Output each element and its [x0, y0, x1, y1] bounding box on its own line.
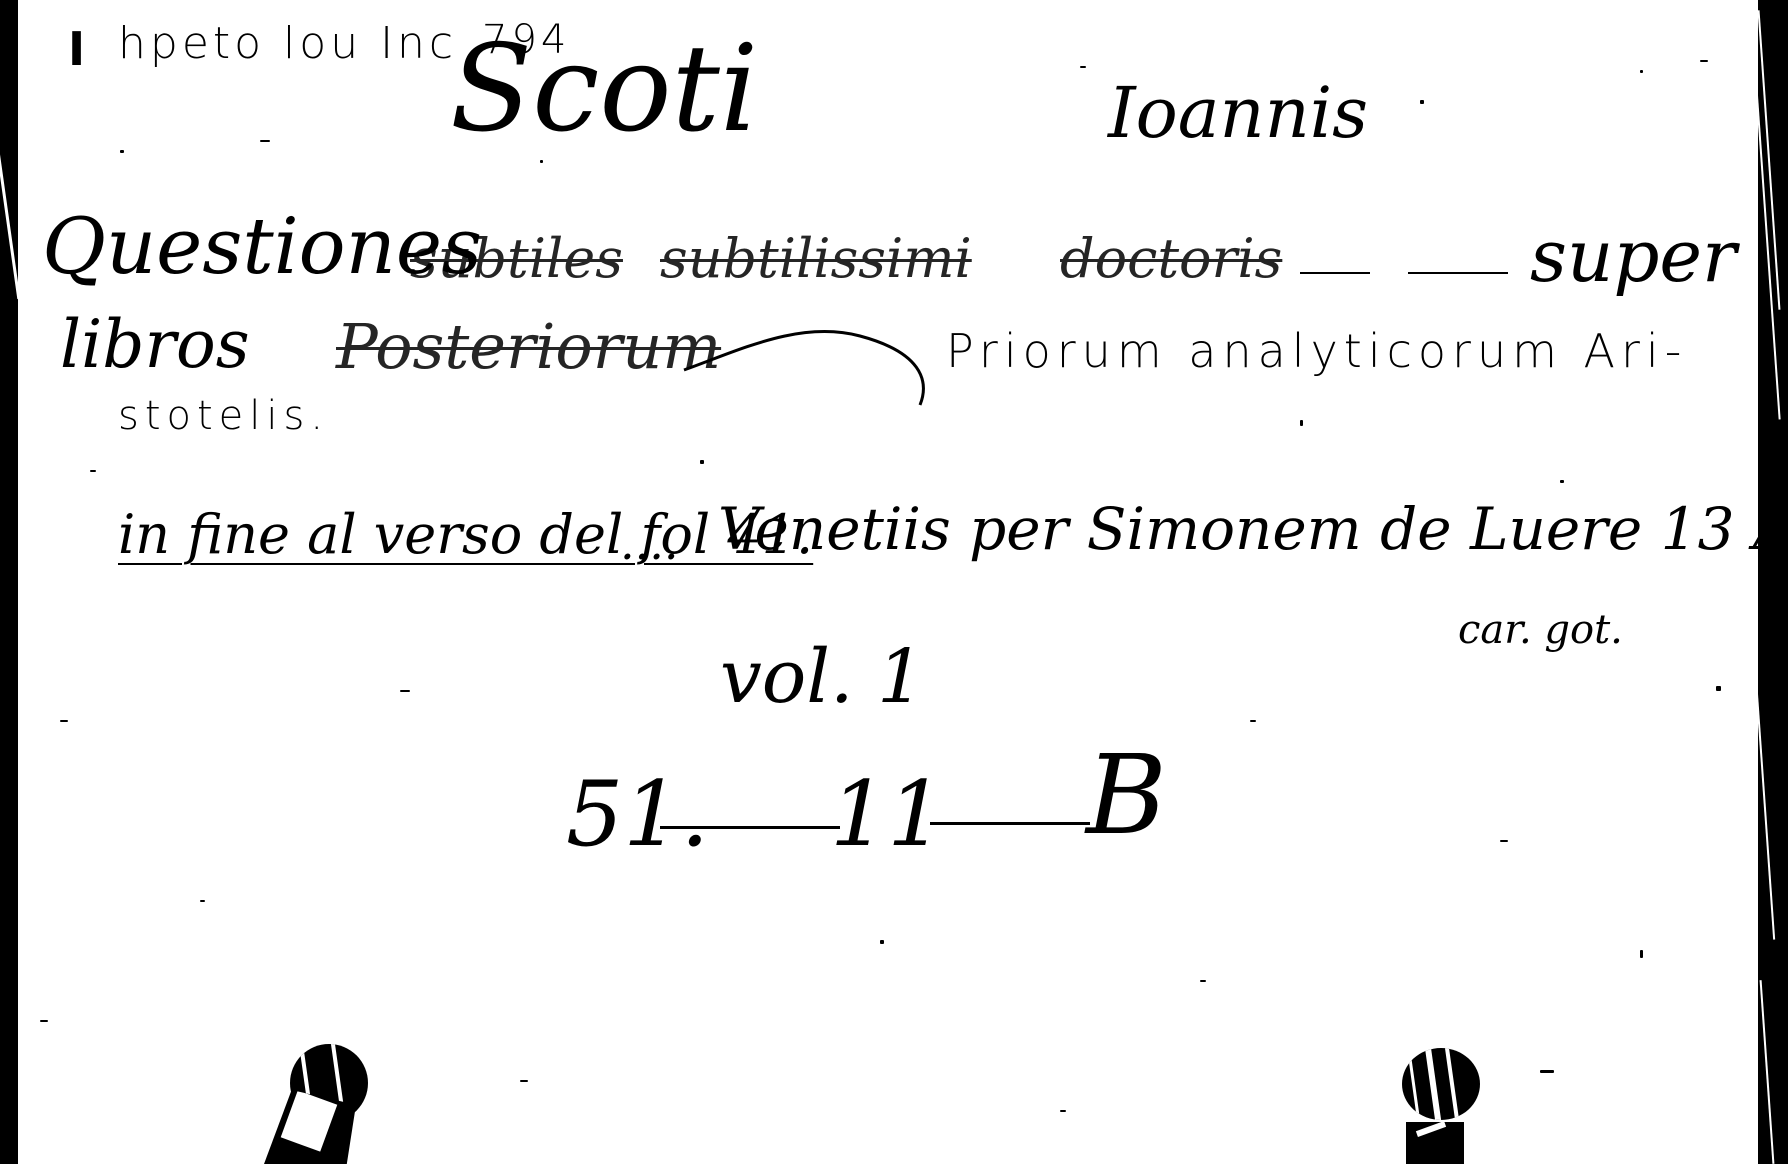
call-number-rule-1 — [660, 826, 840, 829]
title-dash-1 — [1300, 272, 1370, 274]
scan-border-left — [0, 0, 18, 1164]
publication-statement: Venetiis per Simonem de Luere 13 Aprilis… — [718, 500, 1788, 558]
scan-speck — [400, 690, 410, 692]
scan-speck — [1060, 1110, 1066, 1112]
scan-speck — [1080, 66, 1086, 68]
scan-speck — [1500, 840, 1508, 842]
scan-speck — [120, 150, 124, 153]
struck-word-posteriorum: Posteriorum — [336, 316, 721, 378]
call-number-part2: 11 — [830, 770, 945, 860]
scan-speck — [880, 940, 884, 944]
scan-speck — [90, 470, 96, 472]
header-note: hpeto lou Inc — [118, 22, 457, 66]
scan-speck — [700, 460, 704, 464]
scan-speck — [1420, 100, 1424, 104]
scan-border-right — [1758, 0, 1788, 1164]
typeface-note: car. got. — [1458, 610, 1623, 650]
catalog-card: I hpeto lou Inc 794 Scoti Ioannis Questi… — [0, 0, 1788, 1164]
scan-speck — [1250, 720, 1256, 722]
call-number-part1: 51. — [566, 770, 709, 860]
title-stotelis: stotelis. — [118, 396, 329, 436]
insertion-caret-curve — [680, 300, 940, 410]
title-libros: libros — [60, 312, 250, 378]
inserted-title-text: Priorum analyticorum Ari- — [946, 328, 1687, 374]
imprint-ellipsis: .... — [620, 520, 679, 566]
call-number-rule-2 — [930, 822, 1090, 825]
scan-speck — [60, 720, 68, 722]
call-number-part3: B — [1086, 740, 1167, 850]
scan-speck — [1640, 70, 1643, 73]
volume-number: vol. 1 — [720, 640, 924, 714]
struck-word-2: subtilissimi — [660, 232, 972, 286]
title-dash-2 — [1408, 272, 1508, 274]
scan-speck — [1540, 1070, 1554, 1073]
struck-word-3: doctoris — [1060, 232, 1282, 286]
scan-speck — [1200, 980, 1206, 982]
scan-speck — [1700, 60, 1708, 62]
colophon-note: in fine al verso del fol 41. — [118, 508, 813, 562]
section-mark: I — [68, 26, 91, 72]
author-forename: Ioannis — [1108, 78, 1368, 148]
scan-speck — [260, 140, 270, 142]
scan-speck — [540, 160, 543, 163]
struck-word-1: subtiles — [410, 232, 623, 286]
scan-speck — [40, 1020, 48, 1022]
right-punch-hole — [1402, 1048, 1480, 1120]
scan-speck — [200, 900, 205, 902]
scan-speck — [1640, 950, 1643, 958]
scan-speck — [520, 1080, 528, 1082]
scan-speck — [1560, 480, 1564, 483]
scan-speck — [1300, 420, 1303, 426]
scan-speck — [1716, 686, 1721, 691]
title-super: super — [1530, 220, 1736, 292]
author-surname: Scoti — [450, 30, 758, 150]
right-punch-tab — [1406, 1122, 1464, 1164]
